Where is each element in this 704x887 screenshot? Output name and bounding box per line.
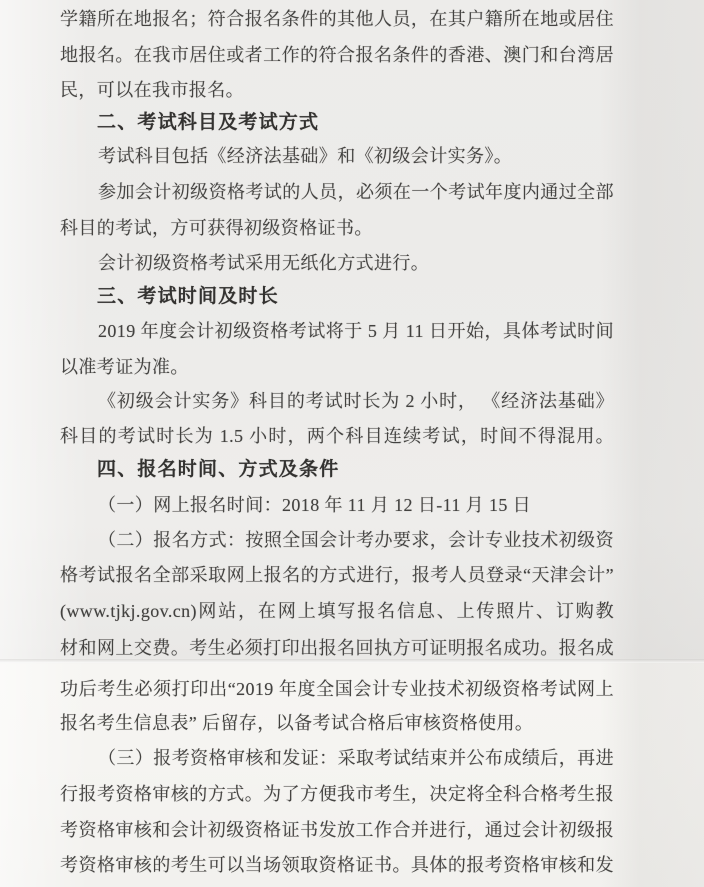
text-line: 地报名。在我市居住或者工作的符合报名条件的香港、澳门和台湾居: [60, 42, 614, 70]
section-heading: 四、报名时间、方式及条件: [97, 457, 617, 485]
text-line: 《初级会计实务》科目的考试时长为 2 小时， 《经济法基础》: [98, 388, 614, 416]
text-line: (www.tjkj.gov.cn)网站，在网上填写报名信息、上传照片、订购教: [60, 598, 614, 626]
text-line: （二）报名方式：按照全国会计考办要求，会计专业技术初级资: [98, 527, 614, 555]
text-line: 参加会计初级资格考试的人员，必须在一个考试年度内通过全部: [98, 179, 614, 207]
text-line: 以准考证为准。: [60, 354, 614, 382]
text-line: 科目的考试时长为 1.5 小时，两个科目连续考试，时间不得混用。: [60, 423, 614, 451]
text-line: 科目的考试，方可获得初级资格证书。: [60, 215, 614, 243]
text-line: 考资格审核和会计初级资格证书发放工作合并进行，通过会计初级报: [60, 817, 614, 845]
text-line: 行报考资格审核的方式。为了方便我市考生，决定将全科合格考生报: [60, 781, 614, 809]
text-line: 民，可以在我市报名。: [60, 77, 614, 105]
text-line: 考资格审核的考生可以当场领取资格证书。具体的报考资格审核和发: [60, 852, 614, 880]
text-line: （一）网上报名时间：2018 年 11 月 12 日-11 月 15 日: [98, 492, 614, 520]
text-line: 功后考生必须打印出“2019 年度全国会计专业技术初级资格考试网上: [60, 676, 614, 704]
text-line: 格考试报名全部采取网上报名的方式进行，报考人员登录“天津会计”: [60, 562, 614, 590]
text-line: 2019 年度会计初级资格考试将于 5 月 11 日开始，具体考试时间: [98, 318, 614, 346]
text-line: 学籍所在地报名；符合报名条件的其他人员，在其户籍所在地或居住: [60, 6, 614, 34]
text-line: 报名考生信息表” 后留存，以备考试合格后审核资格使用。: [60, 710, 614, 738]
document-page: 学籍所在地报名；符合报名条件的其他人员，在其户籍所在地或居住 地报名。在我市居住…: [0, 0, 704, 887]
section-heading: 三、考试时间及时长: [97, 284, 617, 312]
text-line: 材和网上交费。考生必须打印出报名回执方可证明报名成功。报名成: [60, 635, 614, 663]
text-line: 考试科目包括《经济法基础》和《初级会计实务》。: [98, 143, 614, 171]
section-heading: 二、考试科目及考试方式: [97, 110, 617, 138]
text-line: （三）报考资格审核和发证：采取考试结束并公布成绩后，再进: [98, 745, 614, 773]
text-line: 会计初级资格考试采用无纸化方式进行。: [98, 250, 614, 278]
